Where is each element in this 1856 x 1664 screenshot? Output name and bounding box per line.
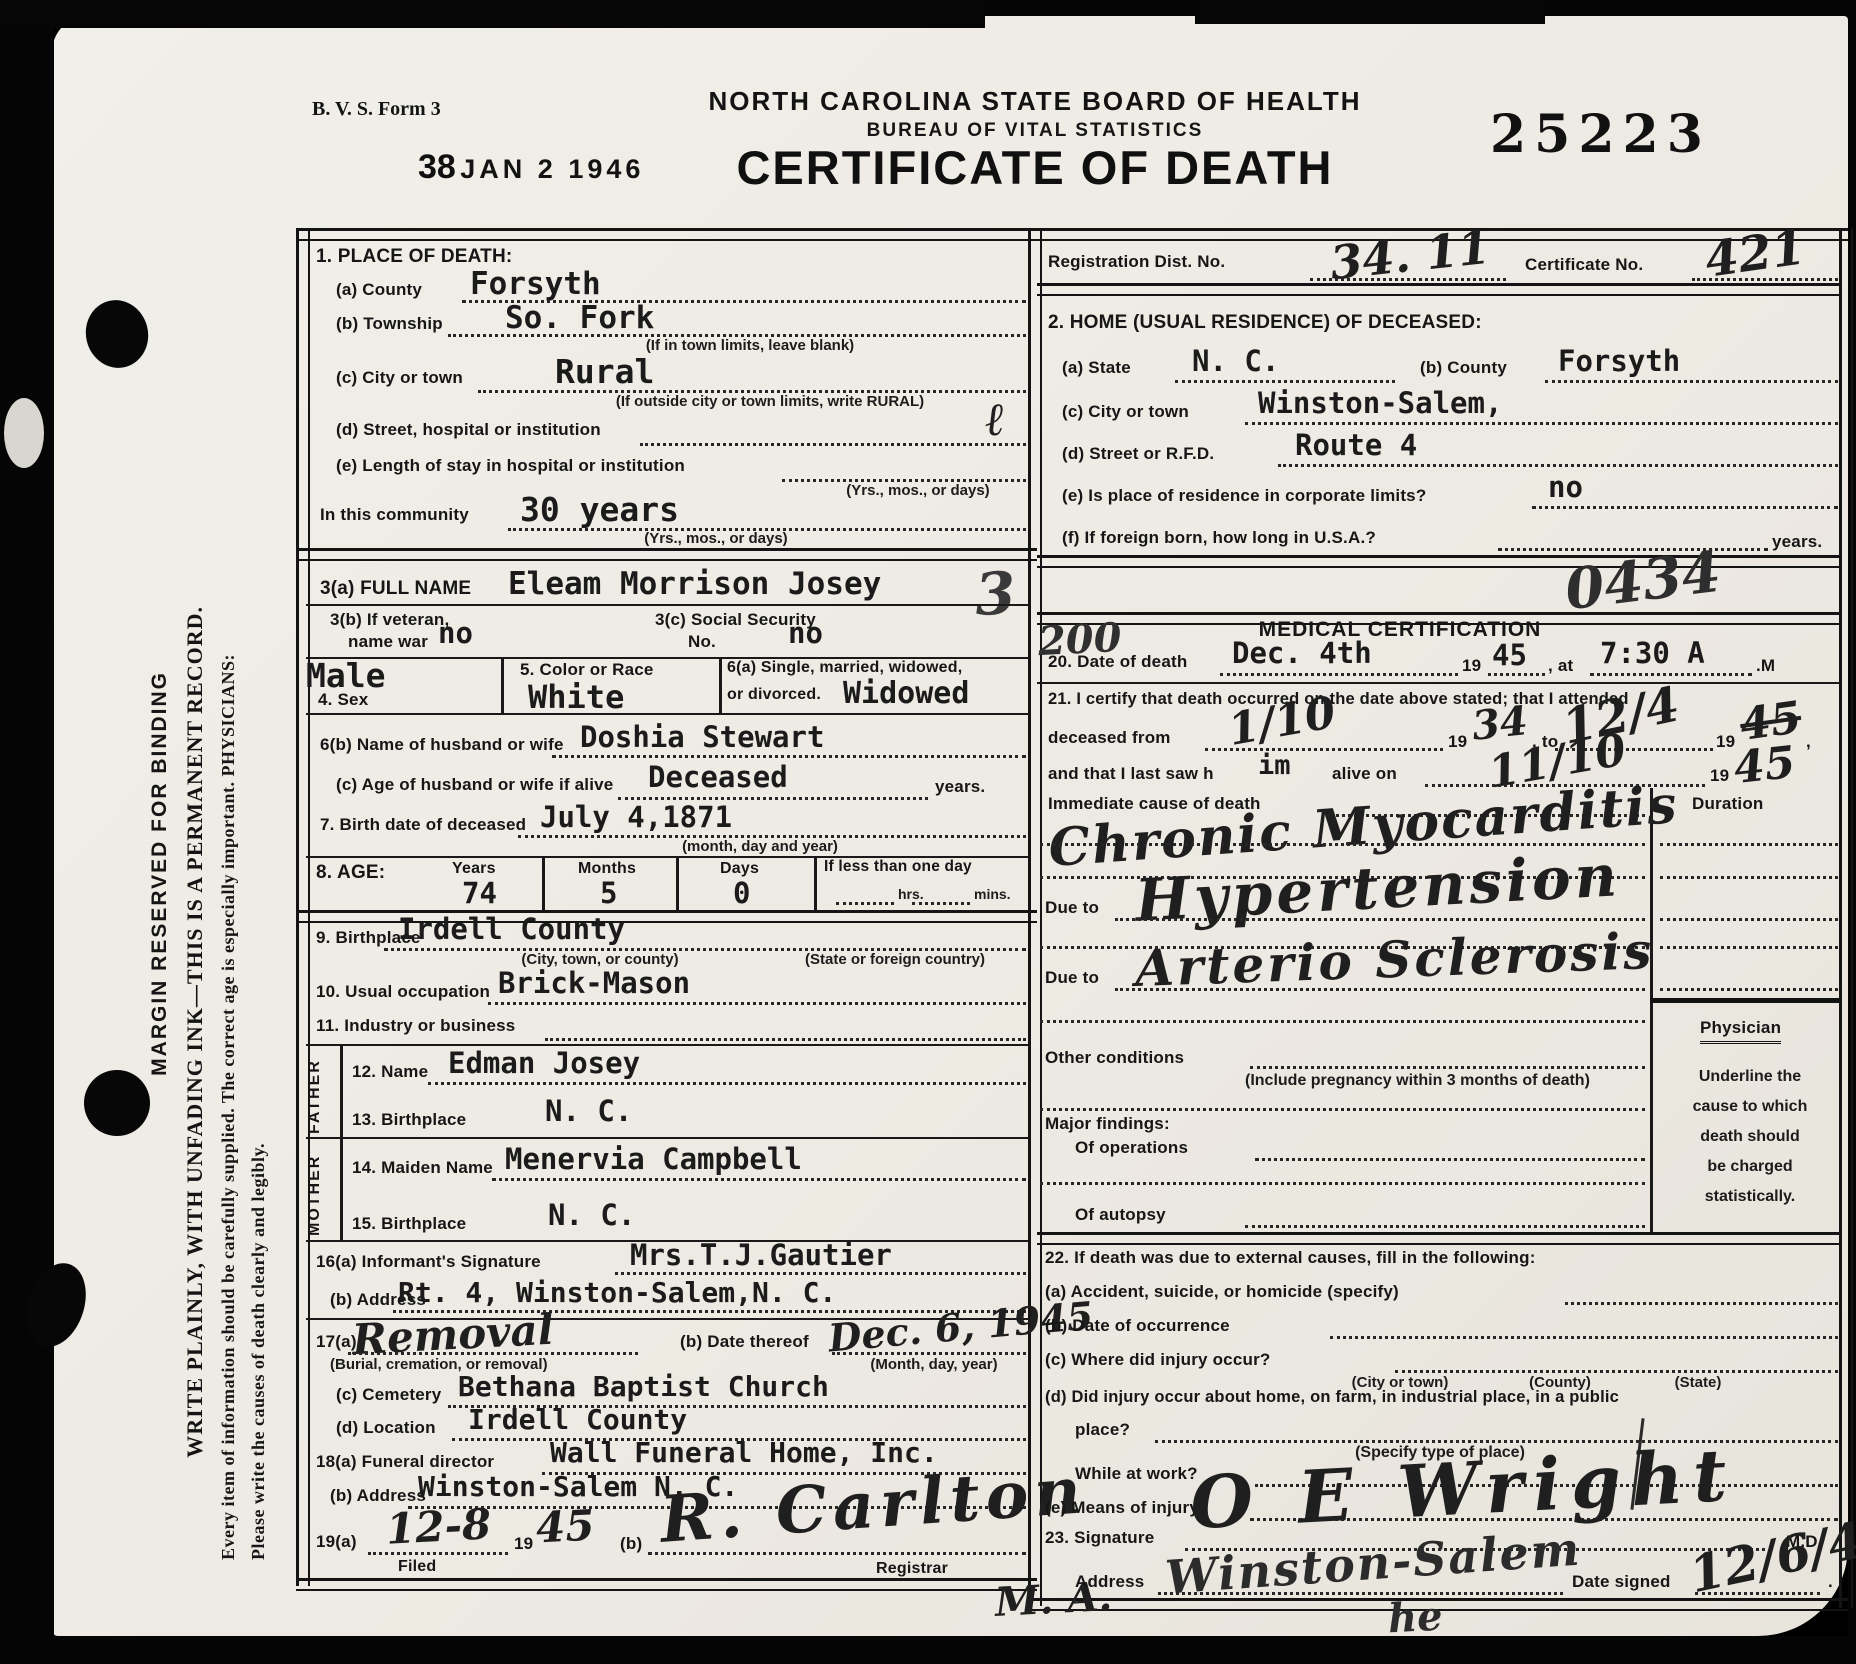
form-border-right (1839, 228, 1853, 1608)
autopsy-label: Of autopsy (1075, 1205, 1166, 1225)
city-note: (If outside city or town limits, write R… (570, 393, 970, 410)
dotted-line (488, 1002, 1026, 1005)
form-border-top (296, 228, 1848, 241)
document-title: CERTIFICATE OF DEATH (600, 140, 1470, 195)
location-value: Irdell County (468, 1403, 687, 1436)
operations-label: Of operations (1075, 1138, 1188, 1158)
spouse-age-suffix: years. (935, 777, 985, 797)
community-label: In this community (320, 505, 469, 525)
dotted-line (545, 1038, 1026, 1041)
county-label: (a) County (336, 280, 422, 300)
attended-from-label: deceased from (1048, 728, 1171, 748)
margin-note-supplied: Every item of information should be care… (218, 654, 239, 1560)
birthplace-value: Irdell County (398, 912, 625, 946)
dotted-line (1395, 1370, 1838, 1373)
scanned-death-certificate: MARGIN RESERVED FOR BINDING WRITE PLAINL… (0, 0, 1856, 1664)
dotted-line (1245, 422, 1838, 425)
residence-street-label: (d) Street or R.F.D. (1062, 444, 1214, 464)
dotted-line (1040, 1108, 1645, 1111)
age-days-value: 0 (733, 876, 750, 910)
death-year-prefix: 19 (1462, 656, 1481, 676)
due-to-label-1: Due to (1045, 898, 1099, 918)
comma-mark: , (1806, 732, 1811, 752)
physician-address-label: Address (1075, 1572, 1144, 1592)
birth-date-note: (month, day and year) (640, 838, 880, 855)
dotted-line (1250, 1066, 1645, 1069)
birth-date-label: 7. Birth date of deceased (320, 815, 526, 835)
veteran-label-1: 3(b) If veteran, (330, 610, 449, 630)
street-pen-mark: ℓ (984, 392, 1006, 447)
row-line (306, 604, 1028, 606)
physician-note-line-1: Underline the (1660, 1068, 1840, 1086)
spouse-age-label: (c) Age of husband or wife if alive (336, 775, 613, 795)
dotted-line (640, 443, 1026, 446)
township-label: (b) Township (336, 314, 443, 334)
from-year-prefix: 19 (1448, 732, 1467, 752)
occurrence-label: (b) Date of occurrence (1045, 1316, 1230, 1336)
marital-value: Widowed (843, 676, 969, 711)
age-months-value: 5 (600, 876, 617, 910)
residence-heading: 2. HOME (USUAL RESIDENCE) OF DECEASED: (1048, 312, 1482, 334)
corporate-limits-label: (e) Is place of residence in corporate l… (1062, 486, 1426, 506)
dotted-line (1205, 748, 1443, 751)
dotted-line (1660, 843, 1838, 846)
mother-name-value: Menervia Campbell (505, 1142, 802, 1176)
father-side-label: FATHER (306, 1048, 324, 1134)
dotted-line (832, 1352, 1026, 1355)
age-less-label: If less than one day (824, 858, 972, 876)
funeral-director-label: 18(a) Funeral director (316, 1452, 494, 1472)
disposition-type-label: 17(a) (316, 1332, 357, 1352)
informant-signature-value: Mrs.T.J.Gautier (630, 1238, 892, 1272)
dotted-line (1565, 1302, 1838, 1305)
location-label: (d) Location (336, 1418, 436, 1438)
stamp-prefix: 38 (418, 148, 456, 186)
race-value: White (528, 678, 624, 716)
scan-notch (4, 398, 44, 468)
filing-row-label: 19(a) (316, 1532, 357, 1552)
race-label: 5. Color or Race (520, 660, 654, 680)
mother-side-label: MOTHER (306, 1144, 324, 1236)
cell-divider (814, 856, 817, 910)
alive-on-label: alive on (1332, 764, 1397, 784)
filed-label: Filed (398, 1558, 436, 1576)
form-number: B. V. S. Form 3 (312, 98, 441, 121)
means-of-injury-label: (e) Means of injury (1045, 1498, 1199, 1518)
community-note: (Yrs., mos., or days) (608, 530, 824, 547)
occupation-value: Brick-Mason (498, 966, 690, 1000)
father-name-value: Edman Josey (448, 1046, 640, 1080)
spouse-label: 6(b) Name of husband or wife (320, 735, 564, 755)
period-mark: . (1828, 1572, 1833, 1592)
section-divider (1037, 283, 1839, 296)
section-divider (1037, 1232, 1839, 1245)
dotted-line (836, 902, 894, 905)
medical-certification-heading: MEDICAL CERTIFICATION (1140, 618, 1660, 642)
township-value: So. Fork (505, 300, 654, 336)
dotted-line (1660, 946, 1838, 949)
cell-divider (719, 657, 722, 713)
pen-note-mark: he (1387, 1593, 1444, 1643)
dotted-line (348, 1352, 638, 1355)
dotted-line (1220, 673, 1458, 676)
mother-name-label: 14. Maiden Name (352, 1158, 493, 1178)
place-of-death-heading: 1. PLACE OF DEATH: (316, 246, 512, 268)
filing-sub-label: (b) (620, 1534, 642, 1554)
form-border-bottom-left (296, 1578, 1037, 1591)
city-label: (c) City or town (336, 368, 463, 388)
dotted-line (1040, 1020, 1645, 1023)
dotted-line (1155, 1440, 1838, 1443)
margin-note-legibly: Please write the causes of death clearly… (248, 1143, 269, 1560)
serial-number: 25223 (1490, 104, 1711, 165)
cemetery-value: Bethana Baptist Church (458, 1370, 829, 1403)
father-birthplace-value: N. C. (545, 1094, 632, 1128)
informant-address-value: Rt. 4, Winston-Salem,N. C. (398, 1276, 836, 1309)
dotted-line (1692, 278, 1838, 281)
birthplace-note-2: (State or foreign country) (750, 951, 1040, 968)
physician-note-line-2: cause to which (1655, 1098, 1845, 1116)
where-label: (c) Where did injury occur? (1045, 1350, 1270, 1370)
residence-state-value: N. C. (1192, 344, 1279, 378)
corporate-limits-value: no (1548, 470, 1583, 504)
father-name-label: 12. Name (352, 1062, 428, 1082)
death-time-at-label: , at (1548, 656, 1573, 676)
ssn-value: no (788, 616, 823, 650)
where-note-state: (State) (1648, 1374, 1748, 1391)
residence-county-label: (b) County (1420, 358, 1507, 378)
dotted-line (615, 1272, 1026, 1275)
residence-city-label: (c) City or town (1062, 402, 1189, 422)
dotted-line (1278, 464, 1838, 467)
margin-note-binding: MARGIN RESERVED FOR BINDING (148, 671, 172, 1076)
full-name-label: 3(a) FULL NAME (320, 578, 471, 600)
stay-label: (e) Length of stay in hospital or instit… (336, 456, 685, 476)
row-line (306, 1137, 1028, 1139)
residence-county-value: Forsyth (1558, 344, 1680, 378)
stay-note: (Yrs., mos., or days) (810, 482, 1026, 499)
scan-left-band (0, 0, 54, 1664)
physician-label: Physician (1700, 1018, 1781, 1044)
death-time-value: 7:30 A (1600, 636, 1705, 670)
filing-year-prefix: 19 (514, 1534, 533, 1554)
foreign-born-label: (f) If foreign born, how long in U.S.A.? (1062, 528, 1376, 548)
dotted-line (1660, 918, 1838, 921)
age-years-value: 74 (462, 876, 497, 910)
disposition-date-label: (b) Date thereof (680, 1332, 809, 1352)
duration-box-end-line (1650, 998, 1840, 1003)
dotted-line (428, 1082, 1026, 1085)
age-label: 8. AGE: (316, 862, 385, 884)
foreign-born-suffix: years. (1772, 532, 1822, 552)
disposition-date-note: (Month, day, year) (836, 1356, 1032, 1373)
sex-label: 4. Sex (318, 690, 368, 710)
cell-divider (501, 657, 504, 713)
death-date-label: 20. Date of death (1048, 652, 1187, 672)
accident-label: (a) Accident, suicide, or homicide (spec… (1045, 1282, 1399, 1302)
city-value: Rural (555, 352, 654, 391)
due-to-label-2: Due to (1045, 968, 1099, 988)
row-line (1037, 682, 1839, 684)
dotted-line (648, 1552, 1026, 1555)
father-birthplace-label: 13. Birthplace (352, 1110, 466, 1130)
dotted-line (912, 902, 970, 905)
dotted-line (1255, 1158, 1645, 1161)
physician-signature-label: 23. Signature (1045, 1528, 1154, 1548)
full-name-value: Eleam Morrison Josey (508, 566, 881, 602)
duration-label: Duration (1692, 794, 1763, 814)
informant-signature-label: 16(a) Informant's Signature (316, 1252, 541, 1272)
veteran-label-2: name war (348, 632, 428, 652)
about-place-label: (d) Did injury occur about home, on farm… (1045, 1388, 1619, 1407)
while-at-work-label: While at work? (1075, 1464, 1198, 1484)
other-conditions-label: Other conditions (1045, 1048, 1184, 1068)
birth-date-value: July 4,1871 (540, 800, 732, 834)
certify-line: 21. I certify that death occurred on the… (1048, 690, 1629, 709)
dotted-line (1310, 278, 1506, 281)
org-title: NORTH CAROLINA STATE BOARD OF HEALTH (520, 86, 1550, 117)
registration-dist-label: Registration Dist. No. (1048, 252, 1225, 272)
spouse-age-value: Deceased (648, 760, 788, 794)
dotted-line (1695, 1592, 1820, 1595)
other-conditions-note: (Include pregnancy within 3 months of de… (1245, 1072, 1590, 1090)
major-findings-label: Major findings: (1045, 1114, 1170, 1134)
last-saw-year: 45 (1732, 737, 1798, 794)
dotted-line (1115, 988, 1645, 991)
filing-date-value: 12-8 (385, 1499, 493, 1553)
registrar-label: Registrar (876, 1560, 948, 1578)
marital-label-1: 6(a) Single, married, widowed, (727, 659, 962, 677)
residence-city-value: Winston-Salem, (1258, 386, 1502, 420)
death-year-value: 45 (1492, 638, 1527, 672)
dotted-line (1040, 1182, 1645, 1185)
last-saw-im: im (1258, 750, 1291, 781)
certificate-no-label: Certificate No. (1525, 255, 1643, 275)
filing-year-value: 45 (535, 1501, 596, 1553)
form-border-left (296, 228, 310, 1586)
spouse-value: Doshia Stewart (580, 720, 824, 754)
community-value: 30 years (520, 490, 679, 529)
dotted-line (1175, 380, 1395, 383)
scan-top-band-left (0, 0, 985, 28)
age-mins-label: mins. (974, 886, 1011, 902)
physician-note-line-4: be charged (1660, 1158, 1840, 1176)
dotted-line (1115, 918, 1645, 921)
veteran-value: no (438, 616, 473, 650)
occupation-label: 10. Usual occupation (316, 982, 490, 1002)
mother-birthplace-value: N. C. (548, 1198, 635, 1232)
dotted-line (552, 755, 1026, 758)
dotted-line (1532, 506, 1838, 509)
dotted-line (492, 1178, 1026, 1181)
county-value: Forsyth (470, 266, 601, 302)
physician-note-line-5: statistically. (1660, 1188, 1840, 1206)
age-hrs-label: hrs. (898, 886, 924, 902)
ssn-label-2: No. (688, 632, 716, 652)
saw-year-prefix: 19 (1710, 766, 1729, 786)
last-saw-label: and that I last saw h (1048, 764, 1214, 784)
pen-mark-3: 3 (973, 559, 1017, 629)
death-time-suffix: .M (1756, 656, 1775, 676)
dotted-line (1330, 1336, 1838, 1339)
residence-street-value: Route 4 (1295, 428, 1417, 462)
row-line (306, 1044, 1028, 1046)
cell-divider (676, 856, 679, 910)
external-causes-heading: 22. If death was due to external causes,… (1045, 1248, 1536, 1268)
scan-top-band-mid (1195, 0, 1545, 24)
street-label: (d) Street, hospital or institution (336, 420, 601, 440)
dotted-line (1245, 1225, 1645, 1228)
residence-state-label: (a) State (1062, 358, 1131, 378)
death-date-value: Dec. 4th (1232, 636, 1372, 670)
section-divider (296, 548, 1037, 561)
dotted-line (1545, 380, 1838, 383)
cemetery-label: (c) Cemetery (336, 1385, 441, 1405)
dotted-line (1660, 876, 1838, 879)
dotted-line (1660, 988, 1838, 991)
dotted-line (1158, 1592, 1563, 1595)
industry-label: 11. Industry or business (316, 1016, 515, 1036)
mother-birthplace-label: 15. Birthplace (352, 1214, 466, 1234)
funeral-director-value: Wall Funeral Home, Inc. (550, 1436, 938, 1469)
duration-column-line (1650, 788, 1653, 1234)
parent-bracket-line (340, 1044, 343, 1240)
margin-note-permanent: WRITE PLAINLY, WITH UNFADING INK—THIS IS… (182, 606, 208, 1458)
scan-bottom-band (0, 1636, 1856, 1664)
cell-divider (542, 856, 545, 910)
hole-punch-bottom (84, 1070, 150, 1136)
dotted-line (1488, 673, 1545, 676)
bureau-subtitle: BUREAU OF VITAL STATISTICS (520, 120, 1550, 142)
dotted-line (368, 1552, 508, 1555)
about-place-label-2: place? (1075, 1420, 1130, 1440)
row-line (306, 713, 1028, 715)
date-signed-label: Date signed (1572, 1572, 1671, 1592)
marital-label-2: or divorced. (727, 686, 821, 704)
physician-note-line-3: death should (1660, 1128, 1840, 1146)
